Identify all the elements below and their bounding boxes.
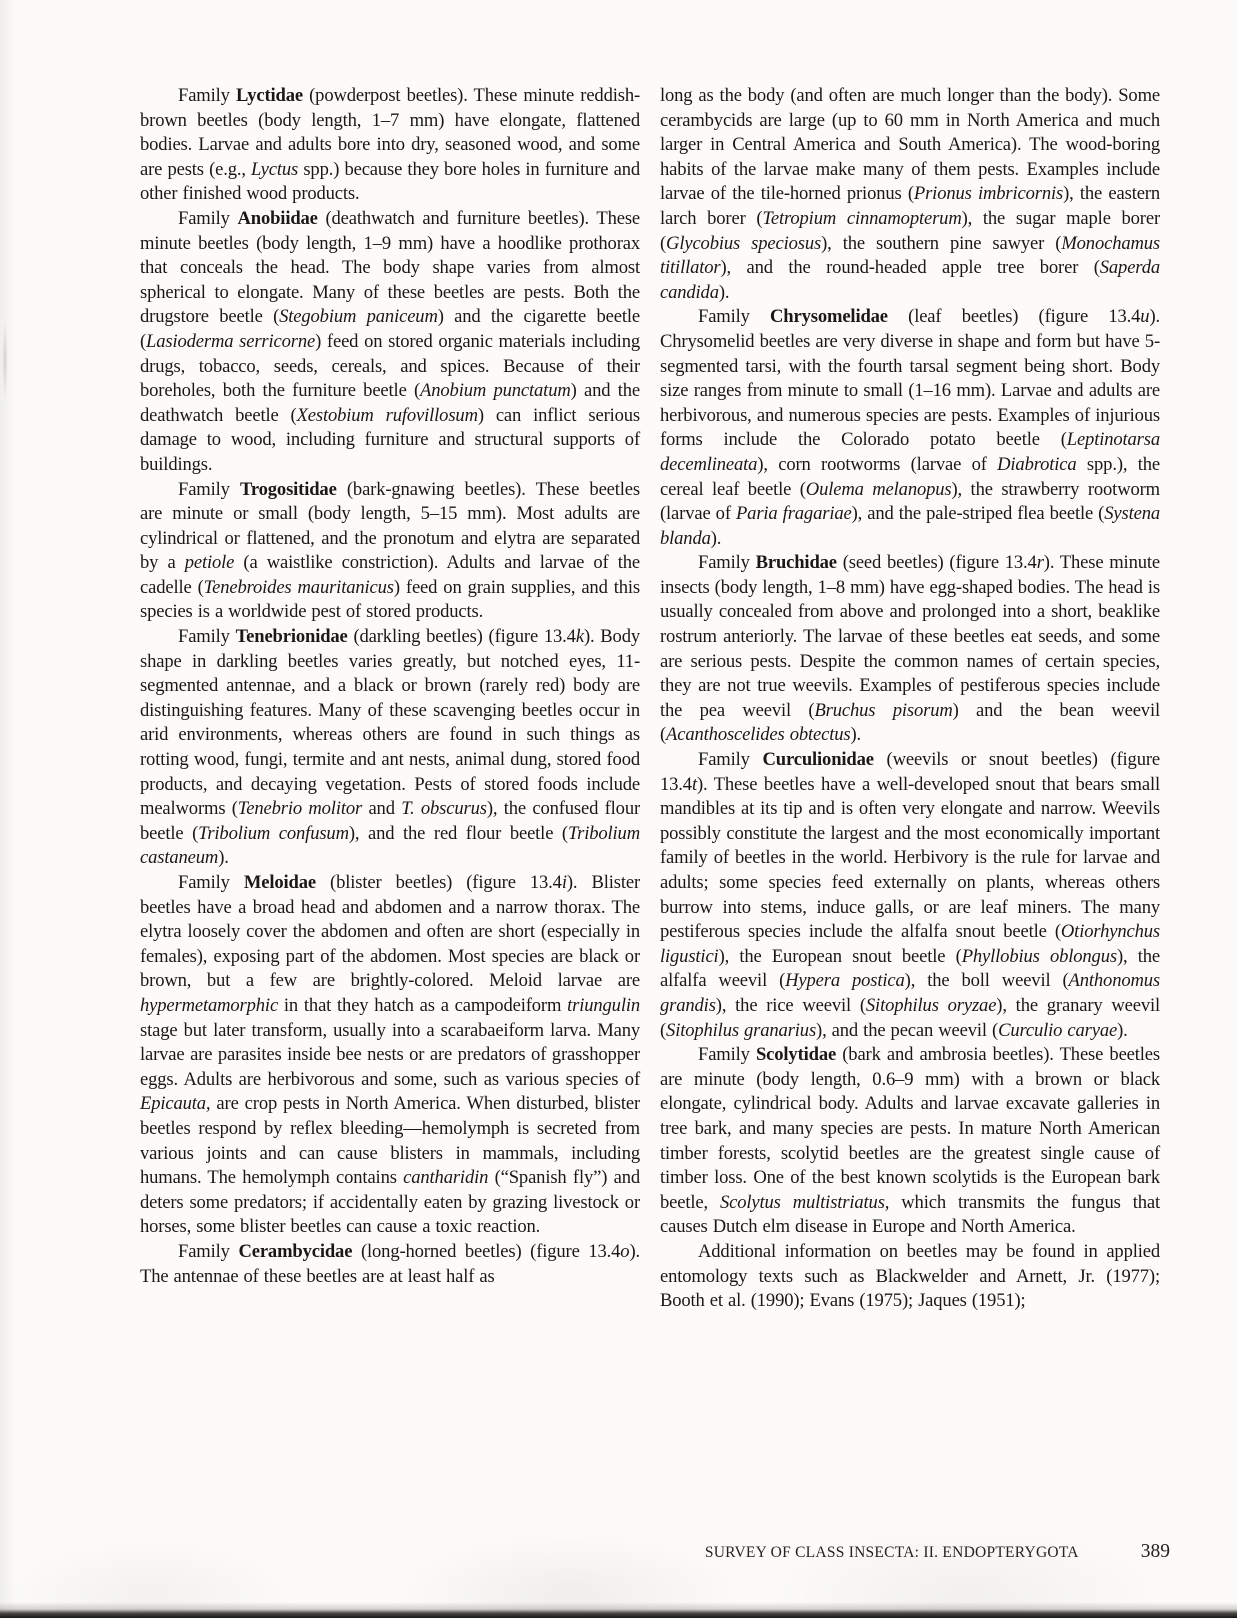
paragraph-additional-information: Additional information on beetles may be… <box>660 1240 1160 1314</box>
paragraph-family-curculionidae: Family Curculionidae (weevils or snout b… <box>660 748 1160 1043</box>
paragraph-family-trogositidae: Family Trogositidae (bark-gnawing beetle… <box>140 478 640 626</box>
left-column: Family Lyctidae (powderpost beetles). Th… <box>140 84 640 1314</box>
right-column: long as the body (and often are much lon… <box>660 84 1160 1314</box>
paragraph-family-chrysomelidae: Family Chrysomelidae (leaf beetles) (fig… <box>660 305 1160 551</box>
text-columns: Family Lyctidae (powderpost beetles). Th… <box>140 84 1160 1314</box>
paragraph-family-lyctidae: Family Lyctidae (powderpost beetles). Th… <box>140 84 640 207</box>
paragraph-family-tenebrionidae: Family Tenebrionidae (darkling beetles) … <box>140 625 640 871</box>
paragraph-family-cerambycidae: Family Cerambycidae (long-horned beetles… <box>140 1240 640 1289</box>
paragraph-family-scolytidae: Family Scolytidae (bark and ambrosia bee… <box>660 1043 1160 1240</box>
paragraph-family-meloidae: Family Meloidae (blister beetles) (figur… <box>140 871 640 1240</box>
scan-bottom-edge-artifact <box>0 1602 1237 1618</box>
paragraph-family-anobiidae: Family Anobiidae (deathwatch and furnitu… <box>140 207 640 478</box>
footer: SURVEY OF CLASS INSECTA: II. ENDOPTERYGO… <box>658 1541 1170 1563</box>
scan-crease-artifact <box>2 290 12 430</box>
paragraph-cerambycidae-continued: long as the body (and often are much lon… <box>660 84 1160 305</box>
paragraph-family-bruchidae: Family Bruchidae (seed beetles) (figure … <box>660 551 1160 748</box>
running-title: SURVEY OF CLASS INSECTA: II. ENDOPTERYGO… <box>705 1544 1079 1562</box>
scanned-book-page: Family Lyctidae (powderpost beetles). Th… <box>0 0 1237 1618</box>
page-number: 389 <box>1141 1541 1170 1563</box>
